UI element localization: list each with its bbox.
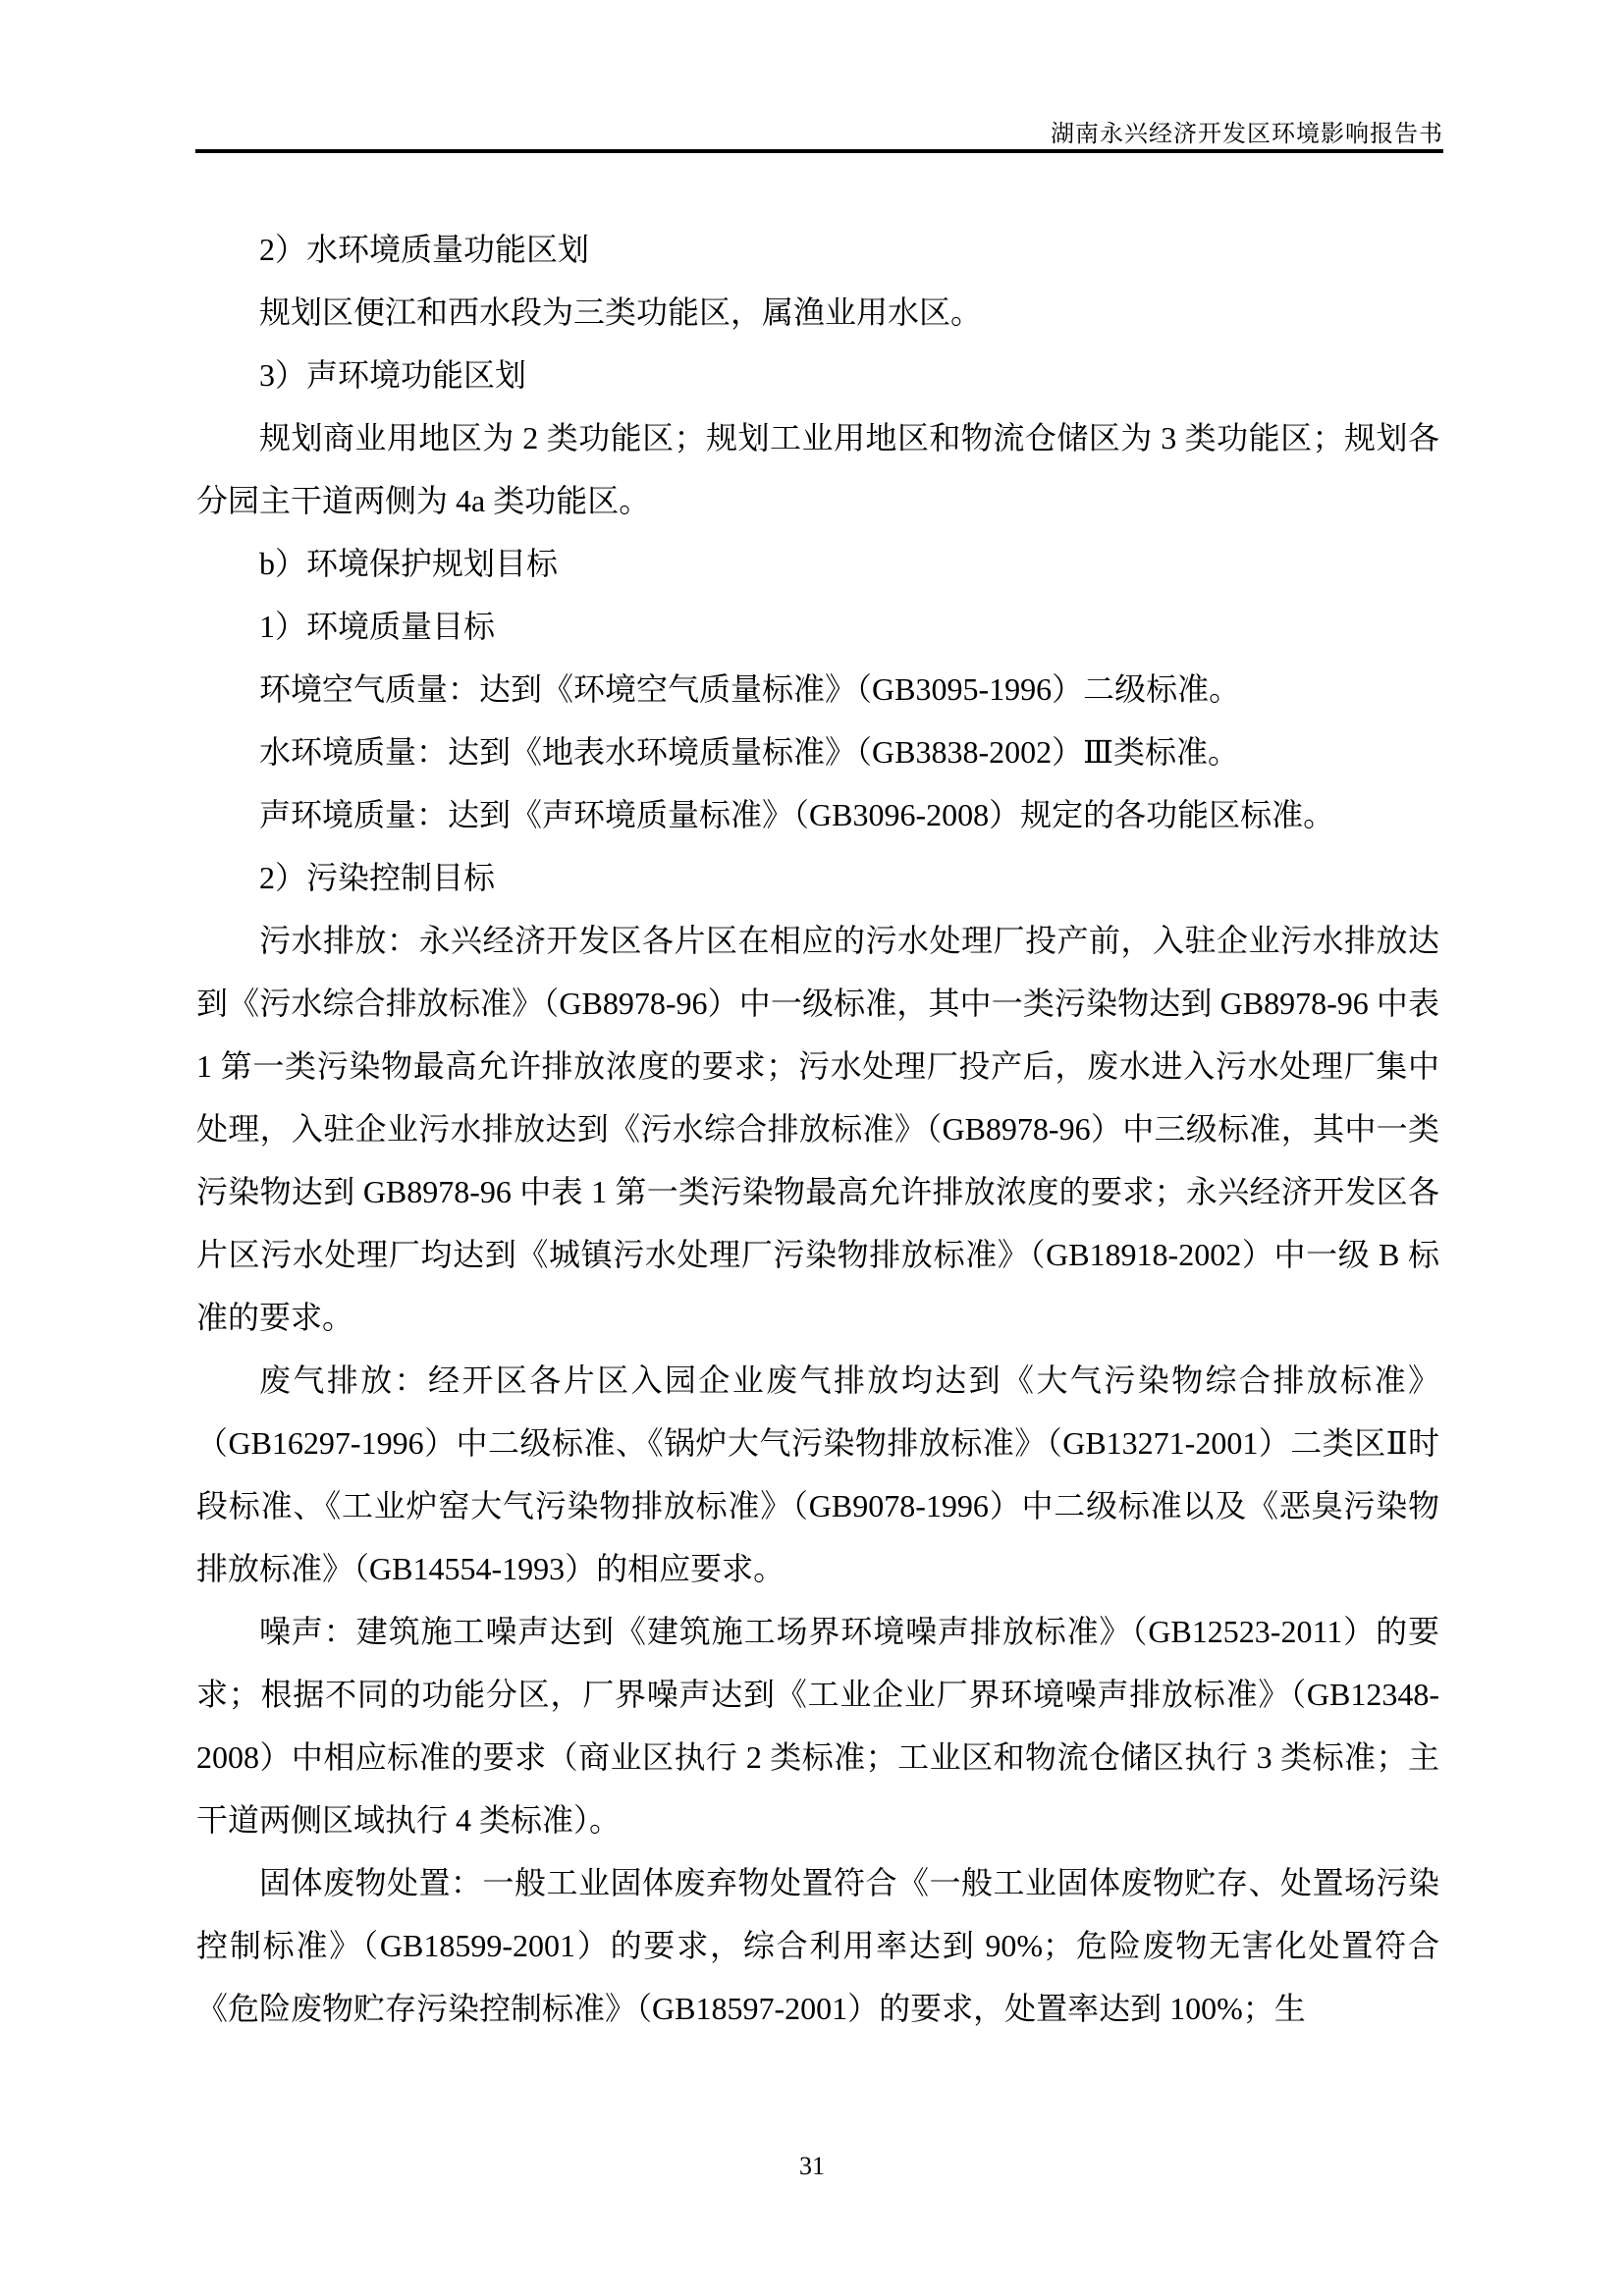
paragraph: 废气排放：经开区各片区入园企业废气排放均达到《大气污染物综合排放标准》（GB16… — [196, 1349, 1439, 1600]
paragraph: 1）环境质量目标 — [196, 595, 1439, 658]
document-body: 2）水环境质量功能区划规划区便江和西水段为三类功能区，属渔业用水区。3）声环境功… — [196, 218, 1439, 2040]
paragraph: 2）污染控制目标 — [196, 846, 1439, 909]
header-title: 湖南永兴经济开发区环境影响报告书 — [195, 114, 1443, 148]
paragraph: 2）水环境质量功能区划 — [196, 218, 1439, 281]
document-page: 湖南永兴经济开发区环境影响报告书 2）水环境质量功能区划规划区便江和西水段为三类… — [0, 0, 1624, 2296]
paragraph: 声环境质量：达到《声环境质量标准》（GB3096-2008）规定的各功能区标准。 — [196, 783, 1439, 846]
paragraph: 水环境质量：达到《地表水环境质量标准》（GB3838-2002）Ⅲ类标准。 — [196, 721, 1439, 783]
header-rule — [195, 149, 1443, 153]
paragraph: b）环境保护规划目标 — [196, 532, 1439, 595]
paragraph: 规划区便江和西水段为三类功能区，属渔业用水区。 — [196, 281, 1439, 344]
page-number: 31 — [799, 2152, 825, 2180]
page-footer: 31 — [0, 2152, 1624, 2181]
paragraph: 规划商业用地区为 2 类功能区；规划工业用地区和物流仓储区为 3 类功能区；规划… — [196, 406, 1439, 532]
paragraph: 3）声环境功能区划 — [196, 344, 1439, 406]
paragraph: 污水排放：永兴经济开发区各片区在相应的污水处理厂投产前，入驻企业污水排放达到《污… — [196, 909, 1439, 1349]
paragraph: 噪声：建筑施工噪声达到《建筑施工场界环境噪声排放标准》（GB12523-2011… — [196, 1600, 1439, 1851]
paragraph: 环境空气质量：达到《环境空气质量标准》（GB3095-1996）二级标准。 — [196, 658, 1439, 721]
paragraph: 固体废物处置：一般工业固体废弃物处置符合《一般工业固体废物贮存、处置场污染控制标… — [196, 1851, 1439, 2040]
